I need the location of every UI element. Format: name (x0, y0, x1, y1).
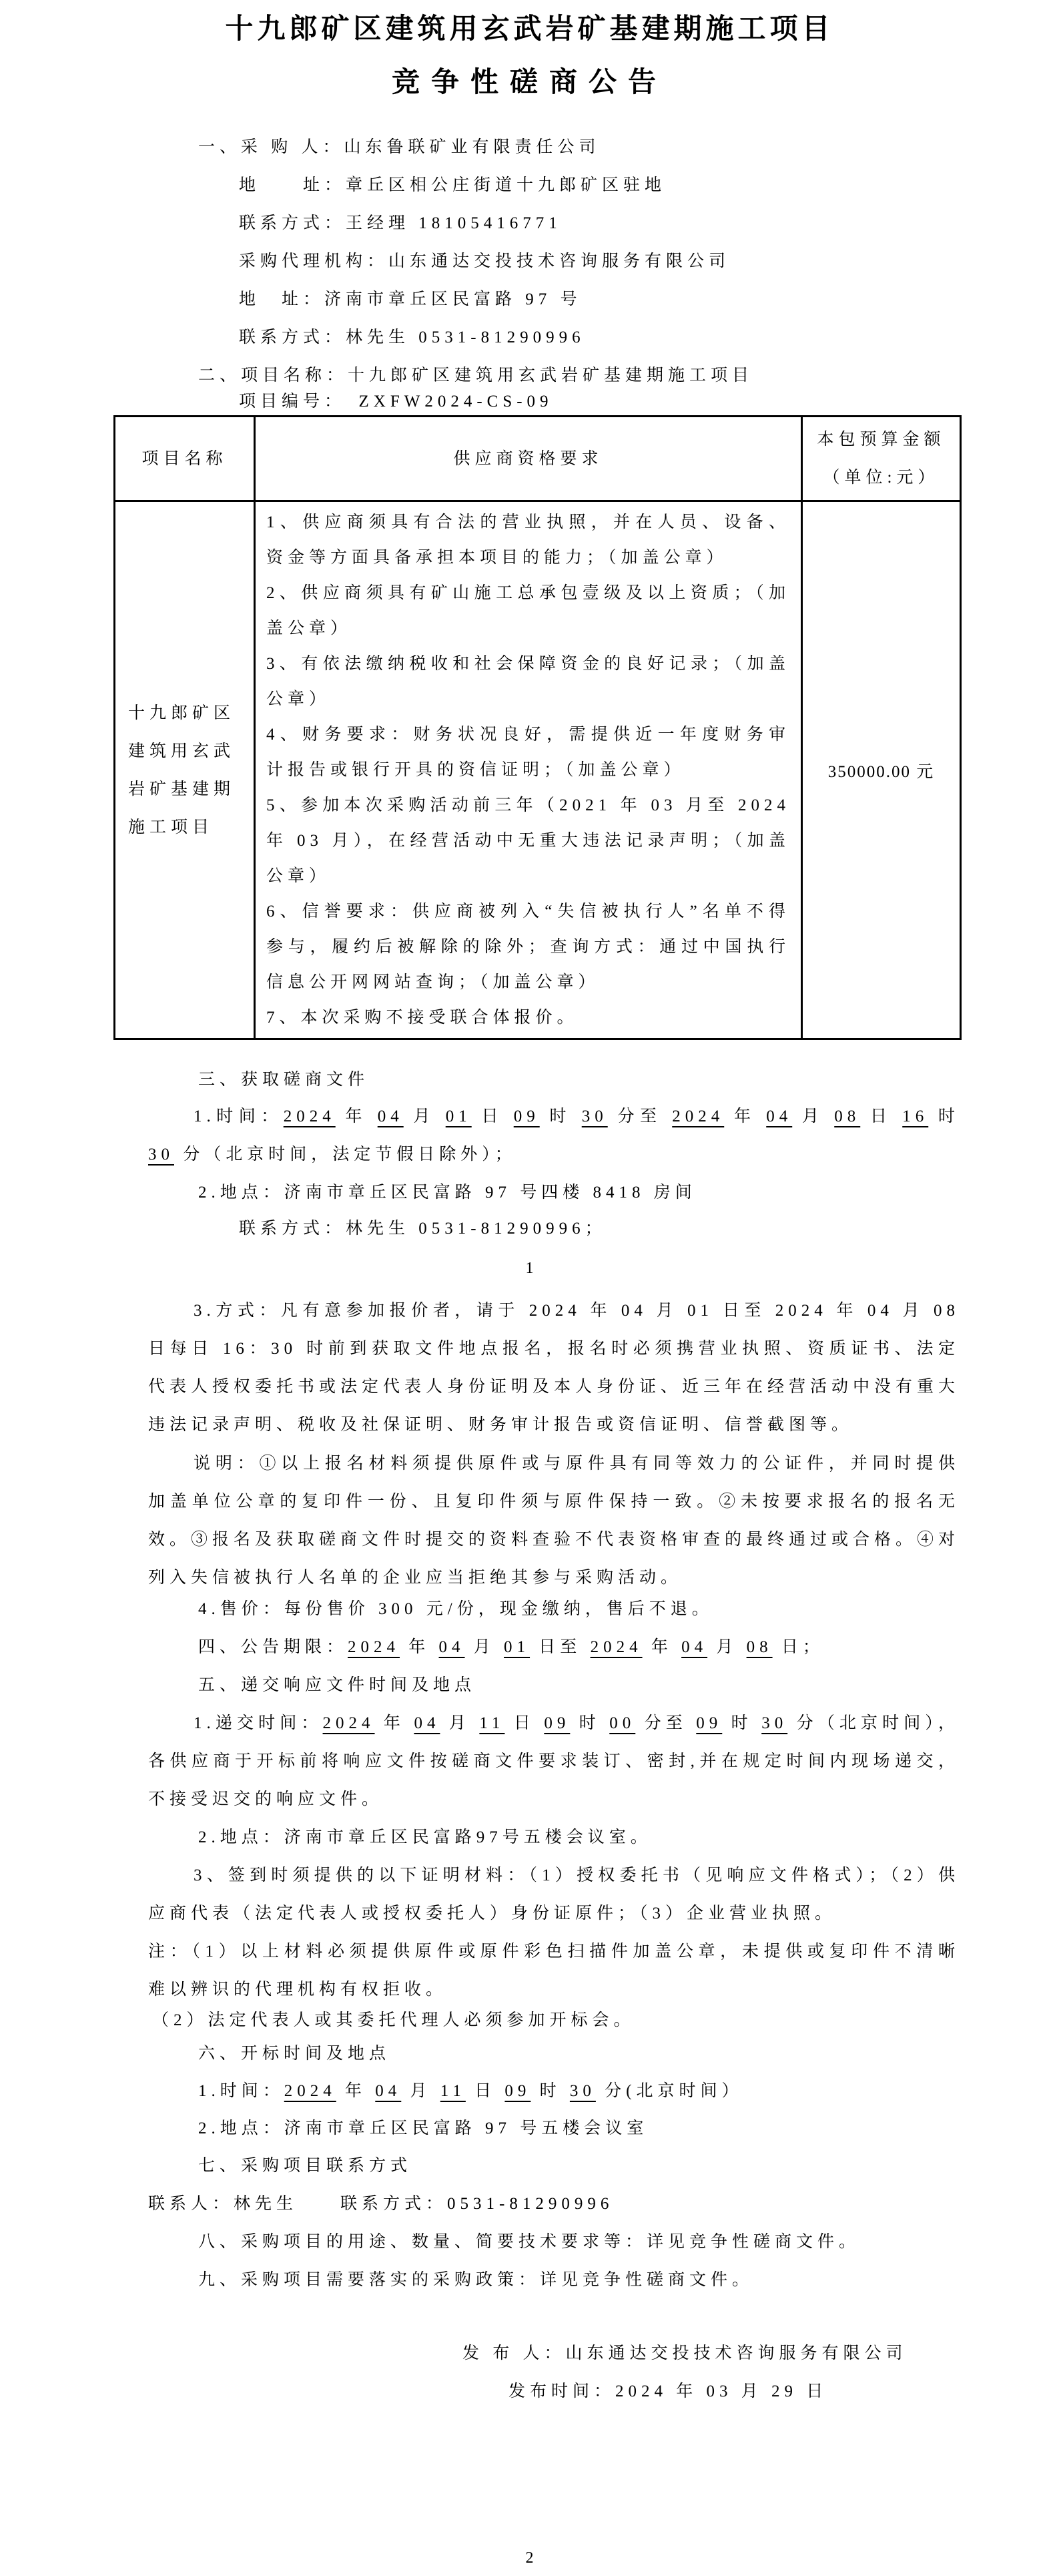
section3-heading: 三、获取磋商文件 (198, 1061, 369, 1099)
announcement-period-line: 四、公告期限：2024 年 04 月 01 日至 2024 年 04 月 08 … (198, 1628, 824, 1666)
document-title: 十九郎矿区建筑用玄武岩矿基建期施工项目 (0, 8, 1059, 49)
table-body-row: 十九郎矿区建筑用玄武岩矿基建期施工项目 1、供应商须具有合法的营业执照，并在人员… (115, 501, 961, 1039)
note-paragraph: 说明：①以上报名材料须提供原件或与原件具有同等效力的公证件，并同时提供加盖单位公… (148, 1445, 960, 1597)
requirement-item-7: 7、本次采购不接受联合体报价。 (266, 1000, 790, 1035)
budget-header-line2: （单位:元） (803, 459, 959, 497)
budget-header-line1: 本包预算金额 (803, 421, 959, 459)
requirement-item-4: 4、财务要求：财务状况良好，需提供近一年度财务审计报告或银行开具的资信证明；（加… (266, 717, 790, 788)
project-name-cell: 十九郎矿区建筑用玄武岩矿基建期施工项目 (115, 501, 255, 1039)
purchaser-address-line: 地 址：章丘区相公庄街道十九郎矿区驻地 (239, 166, 666, 204)
price-line: 4.售价：每份售价 300 元/份，现金缴纳，售后不退。 (198, 1590, 713, 1628)
note2-line: （2）法定代表人或其委托代理人必须参加开标会。 (152, 2001, 635, 2039)
section6-heading: 六、开标时间及地点 (198, 2035, 390, 2073)
table-header-row: 项目名称 供应商资格要求 本包预算金额 （单位:元） (115, 417, 961, 501)
document-location-line: 2.地点：济南市章丘区民富路 97 号四楼 8418 房间 (198, 1174, 697, 1212)
submit-time-paragraph: 1.递交时间：2024 年 04 月 11 日 09 时 00 分至 09 时 … (148, 1704, 960, 1818)
method-paragraph: 3.方式：凡有意参加报价者，请于 2024 年 04 月 01 日至 2024 … (148, 1292, 960, 1444)
document-time-paragraph: 1.时间：2024 年 04 月 01 日 09 时 30 分至 2024 年 … (148, 1097, 960, 1174)
requirement-item-1: 1、供应商须具有合法的营业执照，并在人员、设备、资金等方面具备承担本项目的能力；… (266, 505, 790, 575)
submit-location-line: 2.地点：济南市章丘区民富路97号五楼会议室。 (198, 1818, 652, 1856)
note1-paragraph: 注：（1）以上材料必须提供原件或原件彩色扫描件加盖公章，未提供或复印件不清晰难以… (148, 1933, 960, 2009)
requirements-table: 项目名称 供应商资格要求 本包预算金额 （单位:元） 十九郎矿区建筑用玄武岩矿基… (113, 415, 962, 1040)
purchaser-line: 一、采 购 人：山东鲁联矿业有限责任公司 (198, 128, 601, 166)
purchaser-contact-line: 联系方式：王经理 18105416771 (239, 204, 562, 242)
open-location-line: 2.地点：济南市章丘区民富路 97 号五楼会议室 (198, 2109, 648, 2147)
header-supplier-qualifications: 供应商资格要求 (255, 417, 802, 501)
page2-number: 2 (0, 2545, 1059, 2571)
publish-date-line: 发布时间：2024 年 03 月 29 日 (508, 2372, 827, 2410)
project-contact-line: 联系人：林先生 联系方式：0531-81290996 (148, 2185, 613, 2223)
signin-materials-paragraph: 3、签到时须提供的以下证明材料：（1）授权委托书（见响应文件格式）；（2）供应商… (148, 1856, 960, 1933)
section7-heading: 七、采购项目联系方式 (198, 2147, 412, 2185)
section9-line: 九、采购项目需要落实的采购政策：详见竞争性磋商文件。 (198, 2261, 753, 2299)
requirement-item-2: 2、供应商须具有矿山施工总承包壹级及以上资质；（加盖公章） (266, 575, 790, 646)
section8-line: 八、采购项目的用途、数量、简要技术要求等：详见竞争性磋商文件。 (198, 2223, 860, 2261)
qualifications-cell: 1、供应商须具有合法的营业执照，并在人员、设备、资金等方面具备承担本项目的能力；… (255, 501, 802, 1039)
document-subtitle: 竞争性磋商公告 (0, 61, 1059, 103)
agency-contact-line: 联系方式：林先生 0531-81290996 (239, 318, 585, 356)
document-contact-line: 联系方式：林先生 0531-81290996； (239, 1210, 607, 1248)
publisher-line: 发 布 人：山东通达交投技术咨询服务有限公司 (462, 2334, 908, 2372)
section5-heading: 五、递交响应文件时间及地点 (198, 1666, 476, 1704)
header-budget: 本包预算金额 （单位:元） (802, 417, 961, 501)
page1-number: 1 (0, 1255, 1059, 1282)
requirement-item-6: 6、信誉要求：供应商被列入“失信被执行人”名单不得参与，履约后被解除的除外；查询… (266, 894, 790, 1000)
requirement-item-5: 5、参加本次采购活动前三年（2021 年 03 月至 2024 年 03 月），… (266, 788, 790, 894)
agency-line: 采购代理机构：山东通达交投技术咨询服务有限公司 (239, 242, 730, 280)
budget-amount-cell: 350000.00 元 (802, 501, 961, 1039)
open-time-line: 1.时间：2024 年 04 月 11 日 09 时 30 分(北京时间） (198, 2072, 743, 2110)
header-project-name: 项目名称 (115, 417, 255, 501)
announcement-document: 十九郎矿区建筑用玄武岩矿基建期施工项目 竞争性磋商公告 一、采 购 人：山东鲁联… (0, 0, 1059, 2576)
agency-address-line: 地 址：济南市章丘区民富路 97 号 (239, 280, 582, 318)
requirement-item-3: 3、有依法缴纳税收和社会保障资金的良好记录；（加盖公章） (266, 646, 790, 717)
